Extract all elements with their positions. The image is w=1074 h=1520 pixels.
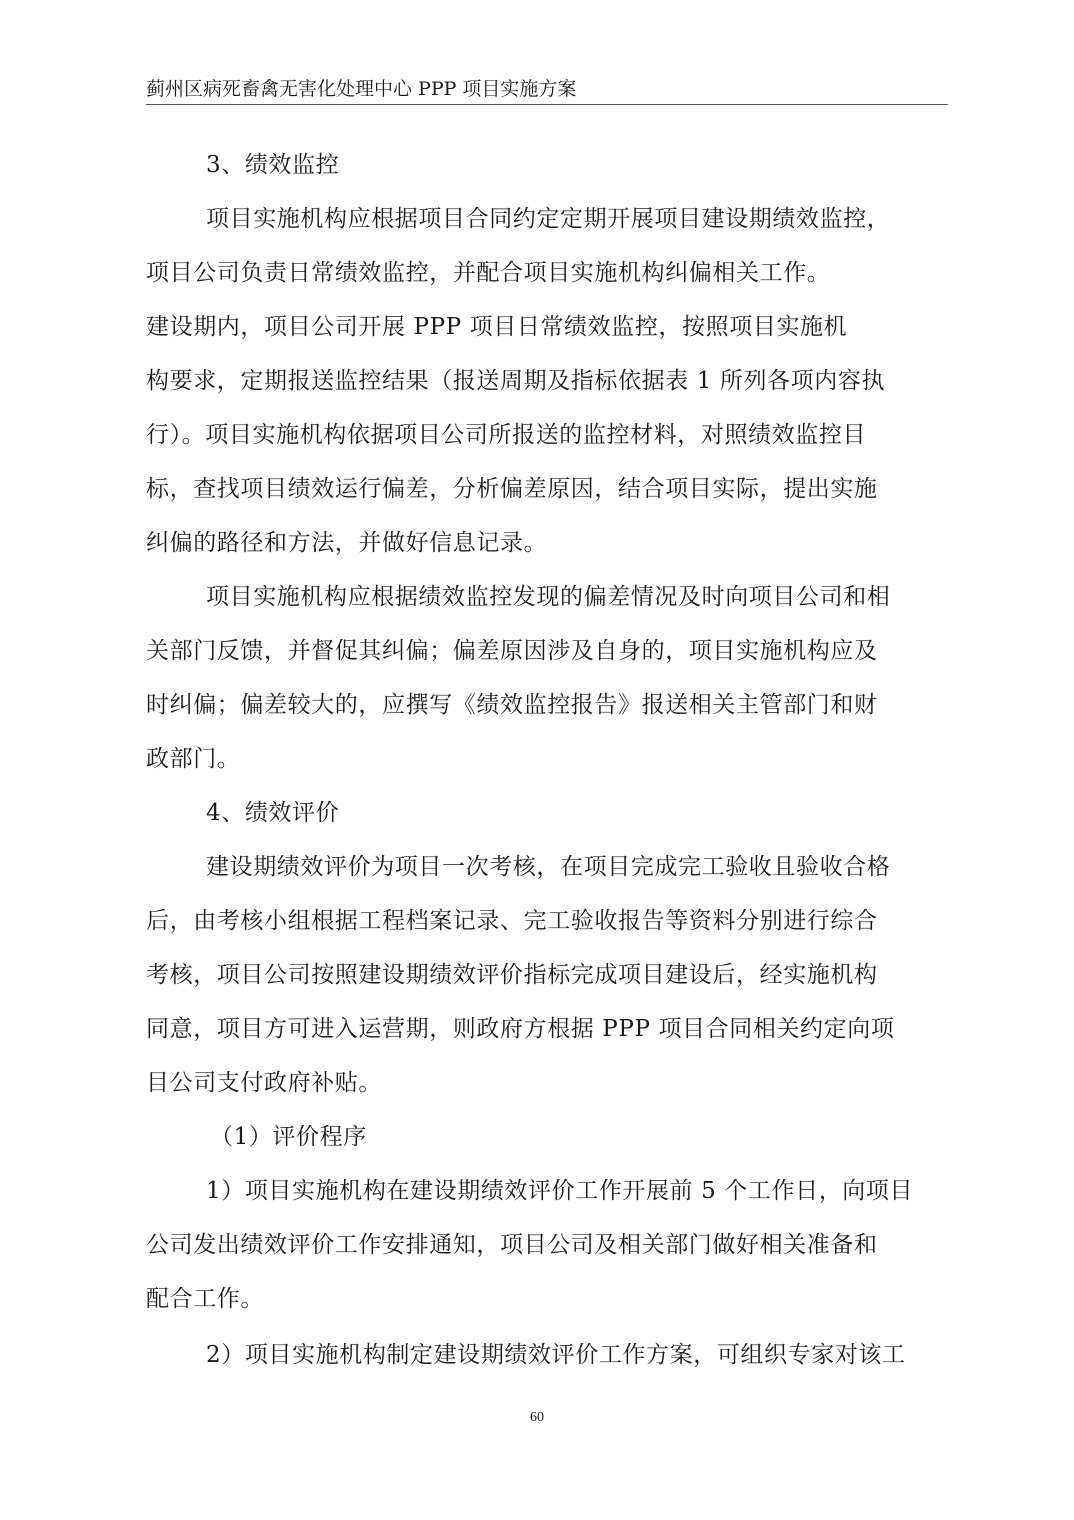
paragraph-line: 建设期内，项目公司开展 PPP 项目日常绩效监控，按照项目实施机: [146, 312, 948, 342]
paragraph-line: 公司发出绩效评价工作安排通知，项目公司及相关部门做好相关准备和: [146, 1230, 948, 1260]
section-heading: 4、绩效评价: [206, 798, 948, 828]
paragraph-line: 项目实施机构应根据绩效监控发现的偏差情况及时向项目公司和相: [206, 582, 948, 612]
section-heading: 3、绩效监控: [206, 150, 948, 180]
paragraph-line: 政部门。: [146, 744, 948, 774]
paragraph-line: 1）项目实施机构在建设期绩效评价工作开展前 5 个工作日，向项目: [206, 1176, 948, 1206]
document-header: 蓟州区病死畜禽无害化处理中心 PPP 项目实施方案: [146, 76, 948, 105]
page-number: 60: [0, 1410, 1074, 1426]
paragraph-line: 构要求，定期报送监控结果（报送周期及指标依据表 1 所列各项内容执: [146, 366, 948, 396]
paragraph-line: 目公司支付政府补贴。: [146, 1068, 948, 1098]
paragraph-line: 时纠偏；偏差较大的，应撰写《绩效监控报告》报送相关主管部门和财: [146, 690, 948, 720]
paragraph-line: 项目公司负责日常绩效监控，并配合项目实施机构纠偏相关工作。: [146, 258, 948, 288]
paragraph-line: 行）。项目实施机构依据项目公司所报送的监控材料，对照绩效监控目: [146, 420, 948, 450]
paragraph-line: 标，查找项目绩效运行偏差，分析偏差原因，结合项目实际，提出实施: [146, 474, 948, 504]
subsection-heading: （1）评价程序: [210, 1122, 952, 1152]
paragraph-line: 考核，项目公司按照建设期绩效评价指标完成项目建设后，经实施机构: [146, 960, 948, 990]
paragraph-line: 后，由考核小组根据工程档案记录、完工验收报告等资料分别进行综合: [146, 906, 948, 936]
paragraph-line: 建设期绩效评价为项目一次考核，在项目完成完工验收且验收合格: [206, 852, 948, 882]
paragraph-line: 关部门反馈，并督促其纠偏；偏差原因涉及自身的，项目实施机构应及: [146, 636, 948, 666]
paragraph-line: 纠偏的路径和方法，并做好信息记录。: [146, 528, 948, 558]
paragraph-line: 2）项目实施机构制定建设期绩效评价工作方案，可组织专家对该工: [206, 1340, 948, 1370]
paragraph-line: 配合工作。: [146, 1284, 948, 1314]
paragraph-line: 项目实施机构应根据项目合同约定定期开展项目建设期绩效监控，: [206, 204, 948, 234]
paragraph-line: 同意，项目方可进入运营期，则政府方根据 PPP 项目合同相关约定向项: [146, 1014, 948, 1044]
